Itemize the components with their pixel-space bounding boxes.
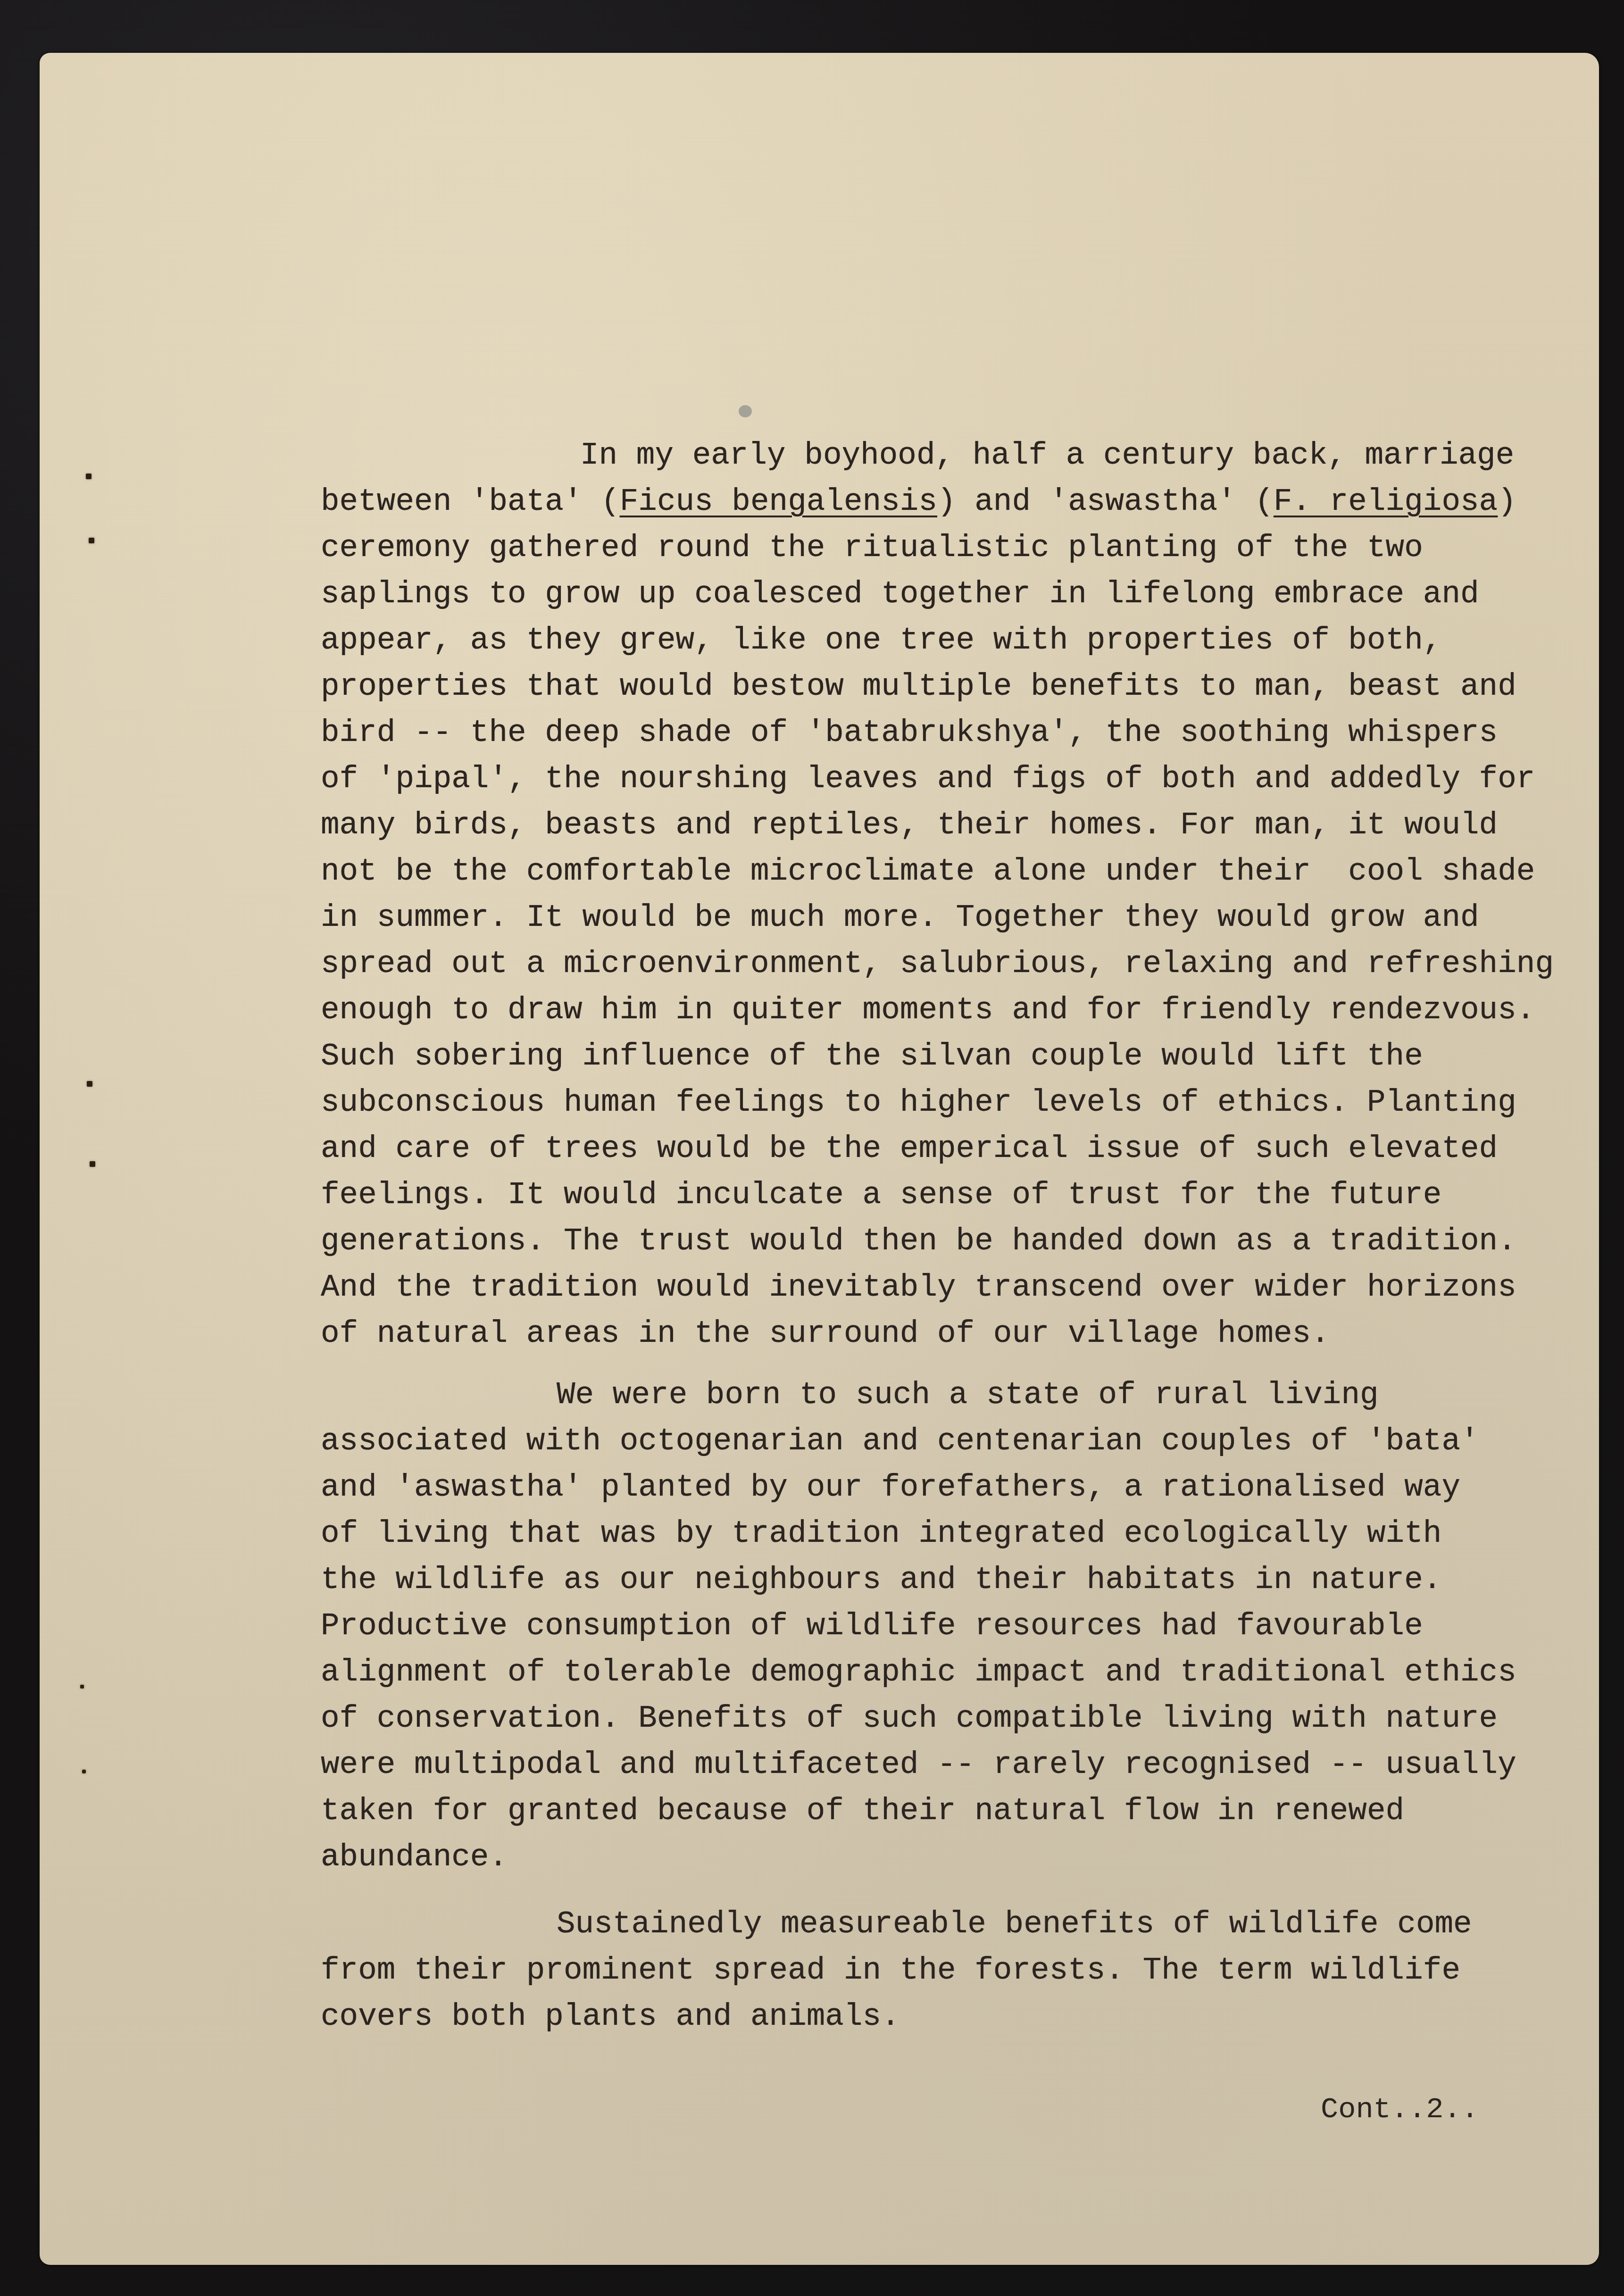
text-line: associated with octogenarian and centena…	[321, 1423, 1479, 1460]
ink-smudge	[739, 405, 752, 417]
text-line: Such sobering influence of the silvan co…	[321, 1038, 1423, 1075]
text-line: taken for granted because of their natur…	[321, 1792, 1404, 1830]
text-line: We were born to such a state of rural li…	[557, 1376, 1379, 1414]
text-line: feelings. It would inculcate a sense of …	[321, 1176, 1441, 1214]
text-line: subconscious human feelings to higher le…	[321, 1084, 1516, 1122]
text-line: alignment of tolerable demographic impac…	[321, 1654, 1516, 1691]
text-line: saplings to grow up coalesced together i…	[321, 575, 1479, 613]
text-line: from their prominent spread in the fores…	[321, 1952, 1460, 1989]
continuation-marker: Cont..2..	[1321, 2091, 1479, 2129]
binding-hole	[89, 538, 94, 543]
text-line: enough to draw him in quiter moments and…	[321, 991, 1535, 1029]
text-line: the wildlife as our neighbours and their…	[321, 1561, 1441, 1599]
text-line: abundance.	[321, 1838, 508, 1876]
species-name-underlined: F. religiosa	[1274, 484, 1498, 519]
text-line: ceremony gathered round the ritualistic …	[321, 529, 1423, 567]
text-line: In my early boyhood, half a century back…	[580, 437, 1514, 474]
text-line: And the tradition would inevitably trans…	[321, 1269, 1516, 1306]
text-line: not be the comfortable microclimate alon…	[321, 853, 1535, 890]
text-line: many birds, beasts and reptiles, their h…	[321, 807, 1498, 844]
text-line: in summer. It would be much more. Togeth…	[321, 899, 1479, 937]
text-line: and care of trees would be the emperical…	[321, 1130, 1498, 1168]
text-line: bird -- the deep shade of 'batabrukshya'…	[321, 714, 1498, 752]
text-line: Sustainedly measureable benefits of wild…	[557, 1905, 1472, 1943]
text-line: appear, as they grew, like one tree with…	[321, 622, 1441, 659]
text-line: properties that would bestow multiple be…	[321, 668, 1516, 706]
text-line: covers both plants and animals.	[321, 1998, 900, 2036]
text-line: spread out a microenvironment, salubriou…	[321, 945, 1554, 983]
text-line: and 'aswastha' planted by our forefather…	[321, 1469, 1460, 1506]
text-line: generations. The trust would then be han…	[321, 1223, 1516, 1260]
text-line: Productive consumption of wildlife resou…	[321, 1607, 1423, 1645]
binding-hole	[82, 1770, 86, 1773]
text-line: of 'pipal', the nourshing leaves and fig…	[321, 760, 1535, 798]
binding-hole	[80, 1685, 84, 1689]
text-line: of conservation. Benefits of such compat…	[321, 1700, 1498, 1738]
binding-hole	[87, 1081, 92, 1087]
species-name-underlined: Ficus bengalensis	[620, 484, 937, 519]
binding-hole	[90, 1161, 95, 1167]
binding-hole	[86, 474, 92, 479]
text-line-with-species: between 'bata' (Ficus bengalensis) and '…	[321, 483, 1516, 521]
text-line: were multipodal and multifaceted -- rare…	[321, 1746, 1516, 1784]
text-line: of natural areas in the surround of our …	[321, 1315, 1330, 1353]
text-line: of living that was by tradition integrat…	[321, 1515, 1441, 1553]
text-fragment: between 'bata' (	[321, 484, 620, 519]
